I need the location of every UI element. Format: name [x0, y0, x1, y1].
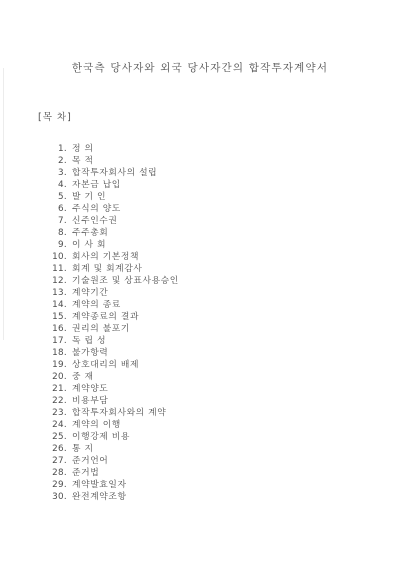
toc-item: 25. 이행강제 비용 — [48, 431, 390, 443]
toc-item-label: 주주총회 — [72, 227, 108, 239]
toc-item: 21. 계약양도 — [48, 383, 390, 395]
toc-item-label: 신주인수권 — [72, 215, 118, 227]
toc-item-label: 준거법 — [72, 467, 99, 479]
toc-item-number: 22. — [48, 395, 67, 407]
toc-item-number: 21. — [48, 383, 67, 395]
toc-item-label: 계약의 종료 — [72, 299, 121, 311]
document-title: 한국측 당사자와 외국 당사자간의 합작투자계약서 — [0, 60, 400, 75]
toc-item-number: 18. — [48, 347, 67, 359]
toc-item-number: 8. — [48, 227, 67, 239]
toc-item-number: 4. — [48, 179, 67, 191]
toc-item-label: 합작투자회사와의 계약 — [72, 407, 166, 419]
toc-item-label: 계약발효일자 — [72, 479, 127, 491]
toc-item: 15. 계약종료의 결과 — [48, 311, 390, 323]
toc-item-label: 합작투자회사의 설립 — [72, 167, 157, 179]
toc-item-number: 15. — [48, 311, 67, 323]
toc-item: 7. 신주인수권 — [48, 215, 390, 227]
toc-item-number: 17. — [48, 335, 67, 347]
toc-item-label: 비용부담 — [72, 395, 108, 407]
toc-item-label: 정 의 — [72, 143, 94, 155]
toc-item: 8. 주주총회 — [48, 227, 390, 239]
toc-item-label: 계약기간 — [72, 287, 108, 299]
toc-item: 9. 이 사 회 — [48, 239, 390, 251]
toc-item: 10. 회사의 기본정책 — [48, 251, 390, 263]
toc-item: 26. 통 지 — [48, 443, 390, 455]
toc-item-label: 중 재 — [72, 371, 94, 383]
toc-item-number: 10. — [48, 251, 67, 263]
document-page: 한국측 당사자와 외국 당사자간의 합작투자계약서 [목 차] 1. 정 의 2… — [0, 0, 400, 565]
toc-item-label: 자본금 납입 — [72, 179, 121, 191]
toc-item-label: 불가항력 — [72, 347, 108, 359]
toc-item: 11. 회계 및 회계감사 — [48, 263, 390, 275]
toc-item-label: 계약의 이행 — [72, 419, 121, 431]
toc-item-number: 11. — [48, 263, 67, 275]
toc-item-number: 3. — [48, 167, 67, 179]
toc-item: 23. 합작투자회사와의 계약 — [48, 407, 390, 419]
toc-item-number: 29. — [48, 479, 67, 491]
toc-item-number: 23. — [48, 407, 67, 419]
toc-item: 6. 주식의 양도 — [48, 203, 390, 215]
toc-item: 20. 중 재 — [48, 371, 390, 383]
toc-item-number: 14. — [48, 299, 67, 311]
page-edge-line — [3, 68, 4, 340]
toc-item-number: 6. — [48, 203, 67, 215]
toc-item-number: 2. — [48, 155, 67, 167]
toc-item: 28. 준거법 — [48, 467, 390, 479]
toc-item-label: 주식의 양도 — [72, 203, 121, 215]
toc-item-number: 16. — [48, 323, 67, 335]
toc-item: 16. 권리의 불포기 — [48, 323, 390, 335]
toc-item-label: 이행강제 비용 — [72, 431, 130, 443]
toc-item-number: 13. — [48, 287, 67, 299]
toc-item-number: 28. — [48, 467, 67, 479]
toc-item: 19. 상호대리의 배제 — [48, 359, 390, 371]
toc-item-number: 19. — [48, 359, 67, 371]
toc-item: 14. 계약의 종료 — [48, 299, 390, 311]
toc-item: 29. 계약발효일자 — [48, 479, 390, 491]
toc-item: 1. 정 의 — [48, 143, 390, 155]
toc-item: 4. 자본금 납입 — [48, 179, 390, 191]
toc-item-label: 회사의 기본정책 — [72, 251, 139, 263]
toc-item: 13. 계약기간 — [48, 287, 390, 299]
toc-heading: [목 차] — [38, 109, 72, 123]
toc-item-number: 30. — [48, 491, 67, 503]
toc-item-number: 27. — [48, 455, 67, 467]
toc-list: 1. 정 의 2. 목 적 3. 합작투자회사의 설립 4. 자본금 납입 5.… — [48, 143, 390, 503]
toc-item-label: 완전계약조항 — [72, 491, 127, 503]
toc-item-number: 12. — [48, 275, 67, 287]
toc-item-number: 5. — [48, 191, 67, 203]
toc-item-label: 목 적 — [72, 155, 94, 167]
toc-item-label: 상호대리의 배제 — [72, 359, 139, 371]
toc-item: 3. 합작투자회사의 설립 — [48, 167, 390, 179]
toc-item-number: 20. — [48, 371, 67, 383]
toc-item: 12. 기술원조 및 상표사용승인 — [48, 275, 390, 287]
toc-item-label: 준거언어 — [72, 455, 108, 467]
toc-item-label: 이 사 회 — [72, 239, 106, 251]
toc-item-number: 1. — [48, 143, 67, 155]
toc-item-label: 계약종료의 결과 — [72, 311, 139, 323]
toc-item-number: 24. — [48, 419, 67, 431]
toc-item-label: 권리의 불포기 — [72, 323, 130, 335]
toc-item: 27. 준거언어 — [48, 455, 390, 467]
toc-item: 22. 비용부담 — [48, 395, 390, 407]
toc-item: 2. 목 적 — [48, 155, 390, 167]
toc-item-label: 기술원조 및 상표사용승인 — [72, 275, 179, 287]
toc-item: 30. 완전계약조항 — [48, 491, 390, 503]
toc-item-number: 7. — [48, 215, 67, 227]
toc-item-number: 9. — [48, 239, 67, 251]
toc-item-label: 독 립 성 — [72, 335, 106, 347]
toc-item-number: 26. — [48, 443, 67, 455]
toc-item: 5. 발 기 인 — [48, 191, 390, 203]
toc-item-label: 통 지 — [72, 443, 94, 455]
toc-item: 24. 계약의 이행 — [48, 419, 390, 431]
toc-item: 17. 독 립 성 — [48, 335, 390, 347]
toc-item-number: 25. — [48, 431, 67, 443]
toc-item: 18. 불가항력 — [48, 347, 390, 359]
toc-item-label: 회계 및 회계감사 — [72, 263, 142, 275]
toc-item-label: 계약양도 — [72, 383, 108, 395]
toc-item-label: 발 기 인 — [72, 191, 106, 203]
